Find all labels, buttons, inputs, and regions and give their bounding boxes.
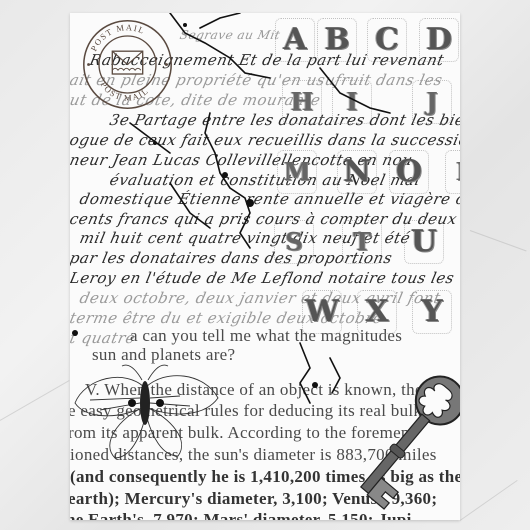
marble-vein xyxy=(0,380,70,421)
collage-paper: Segrave au Mit Rabacceignement Et de la … xyxy=(70,13,460,520)
marble-vein xyxy=(460,480,518,521)
distress-cracks xyxy=(70,13,460,520)
marble-vein xyxy=(470,230,527,251)
